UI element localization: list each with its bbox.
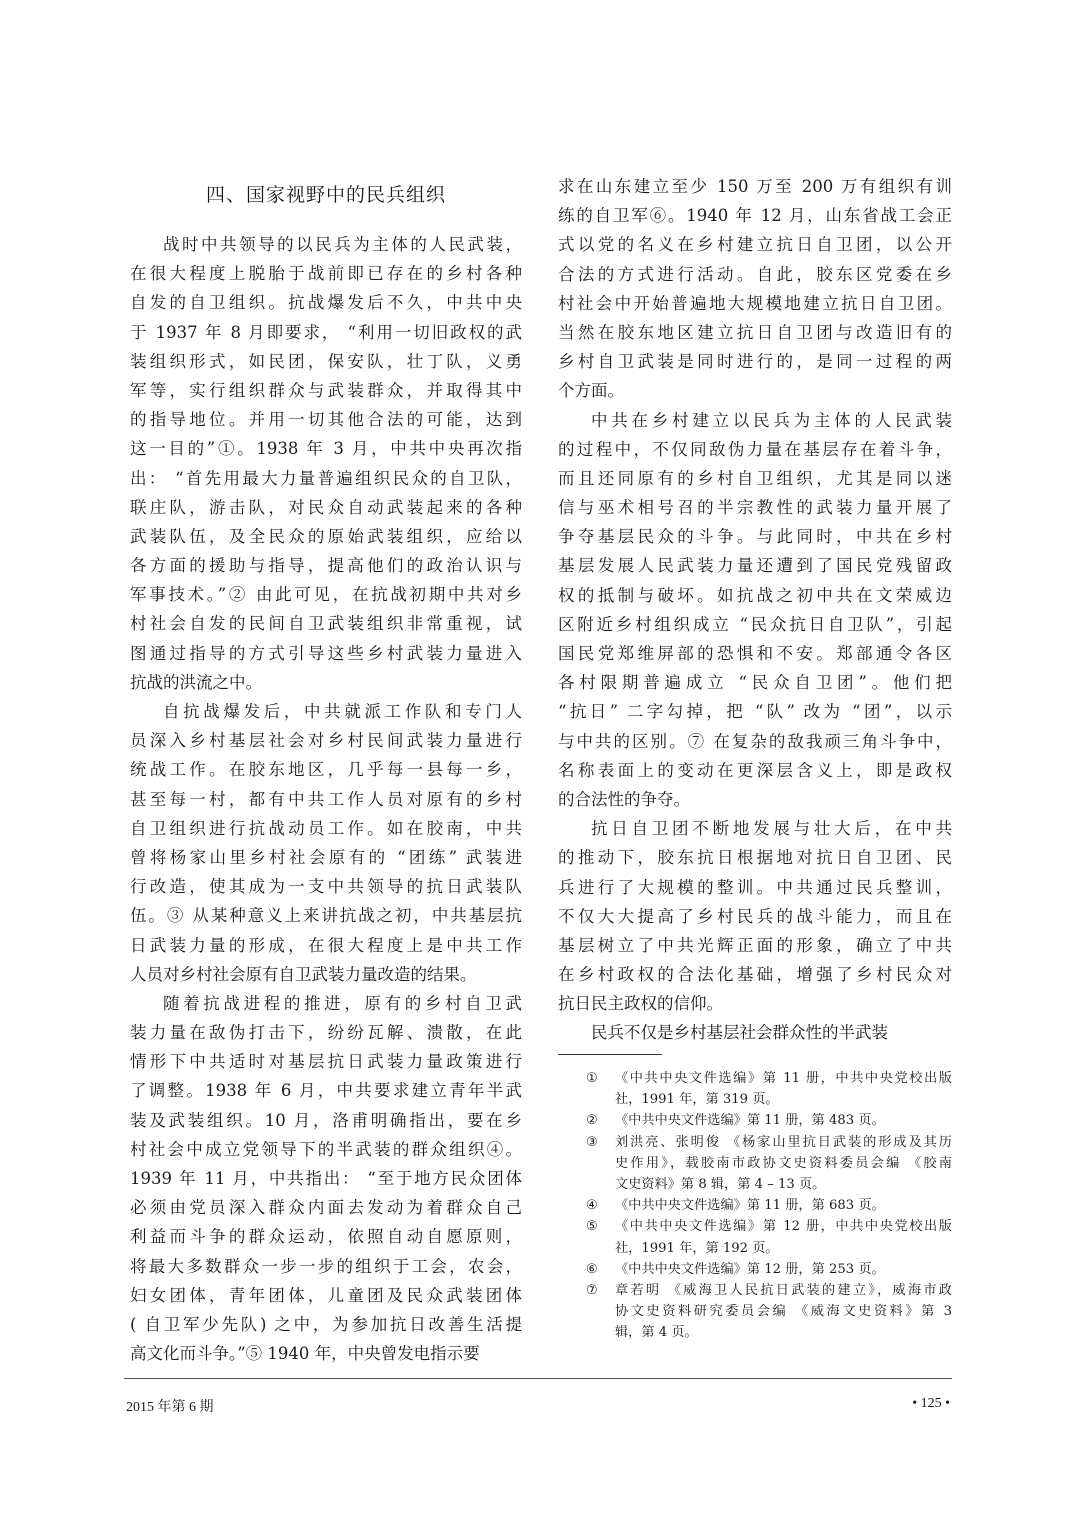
footnote-number: ② <box>586 1110 598 1131</box>
text-line: 在很大程度上脱胎于战前即已存在的乡村各种 <box>130 259 522 288</box>
text-line: 练的自卫军⑥。1940 年 12 月，山东省战工会正 <box>558 201 952 230</box>
left-body-text: 战时中共领导的以民兵为主体的人民武装，在很大程度上脱胎于战前即已存在的乡村各种自… <box>130 230 522 1368</box>
footnote-text: 辑，第 4 页。 <box>615 1322 952 1343</box>
footnote: ③刘洪亮、张明俊 《杨家山里抗日武装的形成及其历史作用》，载胶南市政协文史资料委… <box>586 1132 952 1196</box>
text-line: 联庄队，游击队，对民众自动武装起来的各种 <box>130 493 522 522</box>
paragraph: 中共在乡村建立以民兵为主体的人民武装的过程中，不仅同敌伪力量在基层存在着斗争，而… <box>558 406 952 815</box>
text-line: 自卫组织进行抗战动员工作。如在胶南，中共 <box>130 814 522 843</box>
text-line: 自发的自卫组织。抗战爆发后不久，中共中央 <box>130 288 522 317</box>
footnote-number: ⑤ <box>586 1216 598 1237</box>
footer-divider <box>124 1378 952 1379</box>
text-line: 抗日民主政权的信仰。 <box>558 989 952 1018</box>
text-line: 个方面。 <box>558 376 952 405</box>
text-line: ( 自卫军少先队) 之中，为参加抗日改善生活提 <box>130 1310 522 1339</box>
text-line: 情形下中共适时对基层抗日武装力量政策进行 <box>130 1047 522 1076</box>
text-line: 必须由党员深入群众内面去发动为着群众自己 <box>130 1193 522 1222</box>
text-line: 随着抗战进程的推进，原有的乡村自卫武 <box>130 989 522 1018</box>
text-line: 装力量在敌伪打击下，纷纷瓦解、溃散，在此 <box>130 1018 522 1047</box>
page-number: • 125 • <box>912 1396 950 1412</box>
paragraph: 自抗战爆发后，中共就派工作队和专门人员深入乡村基层社会对乡村民间武装力量进行统战… <box>130 697 522 989</box>
text-line: 抗战的洪流之中。 <box>130 668 522 697</box>
footnote-text: 章若明 《威海卫人民抗日武装的建立》，威海市政 <box>615 1280 952 1301</box>
text-line: 武装队伍，及全民众的原始武装组织，应给以 <box>130 522 522 551</box>
text-line: 国民党郑维屏部的恐惧和不安。郑部通令各区 <box>558 639 952 668</box>
text-line: 中共在乡村建立以民兵为主体的人民武装 <box>558 406 952 435</box>
footnote-text: 《中共中央文件选编》第 11 册，第 683 页。 <box>615 1195 952 1216</box>
text-line: 名称表面上的变动在更深层含义上，即是政权 <box>558 756 952 785</box>
text-line: 信与巫术相号召的半宗教性的武装力量开展了 <box>558 493 952 522</box>
text-line: 了调整。1938 年 6 月，中共要求建立青年半武 <box>130 1076 522 1105</box>
text-line: 的过程中，不仅同敌伪力量在基层存在着斗争， <box>558 435 952 464</box>
footnote-text: 史作用》，载胶南市政协文史资料委员会编 《胶南 <box>615 1153 952 1174</box>
footnote-text: 社，1991 年，第 192 页。 <box>615 1238 952 1259</box>
text-line: 的合法性的争夺。 <box>558 785 952 814</box>
right-body-text: 求在山东建立至少 150 万至 200 万有组织有训练的自卫军⑥。1940 年 … <box>558 172 952 1048</box>
footnote-text: 《中共中央文件选编》第 12 册，第 253 页。 <box>615 1259 952 1280</box>
footnote: ④《中共中央文件选编》第 11 册，第 683 页。 <box>586 1195 952 1216</box>
text-line: 兵进行了大规模的整训。中共通过民兵整训， <box>558 873 952 902</box>
footnote-divider <box>558 1054 662 1055</box>
paragraph: 求在山东建立至少 150 万至 200 万有组织有训练的自卫军⑥。1940 年 … <box>558 172 952 406</box>
text-line: 不仅大大提高了乡村民兵的战斗能力，而且在 <box>558 902 952 931</box>
footnote-number: ① <box>586 1068 598 1089</box>
text-line: 在乡村政权的合法化基础，增强了乡村民众对 <box>558 960 952 989</box>
footnote: ⑤《中共中央文件选编》第 12 册，中共中央党校出版社，1991 年，第 192… <box>586 1216 952 1258</box>
text-line: 各方面的援助与指导，提高他们的政治认识与 <box>130 551 522 580</box>
text-line: 争夺基层民众的斗争。与此同时，中共在乡村 <box>558 522 952 551</box>
text-line: 曾将杨家山里乡村社会原有的 “团练” 武装进 <box>130 843 522 872</box>
footnote: ②《中共中央文件选编》第 11 册，第 483 页。 <box>586 1110 952 1131</box>
text-line: 基层树立了中共光辉正面的形象，确立了中共 <box>558 931 952 960</box>
text-line: 装组织形式，如民团，保安队，壮丁队，义勇 <box>130 347 522 376</box>
section-title: 四、国家视野中的民兵组织 <box>130 180 522 210</box>
text-line: 的推动下，胶东抗日根据地对抗日自卫团、民 <box>558 843 952 872</box>
text-line: 村社会中成立党领导下的半武装的群众组织④。 <box>130 1135 522 1164</box>
footnote: ①《中共中央文件选编》第 11 册，中共中央党校出版社，1991 年，第 319… <box>586 1068 952 1110</box>
text-line: 统战工作。在胶东地区，几乎每一县每一乡， <box>130 755 522 784</box>
text-line: 民兵不仅是乡村基层社会群众性的半武装 <box>558 1018 952 1047</box>
footnote-text: 《中共中央文件选编》第 11 册，中共中央党校出版 <box>615 1068 952 1089</box>
text-line: 出： “首先用最大力量普遍组织民众的自卫队， <box>130 464 522 493</box>
footnote-number: ⑦ <box>586 1280 598 1301</box>
text-line: 甚至每一村，都有中共工作人员对原有的乡村 <box>130 785 522 814</box>
text-line: 将最大多数群众一步一步的组织于工会，农会， <box>130 1252 522 1281</box>
text-line: 战时中共领导的以民兵为主体的人民武装， <box>130 230 522 259</box>
footnote-text: 社，1991 年，第 319 页。 <box>615 1089 952 1110</box>
text-line: 员深入乡村基层社会对乡村民间武装力量进行 <box>130 726 522 755</box>
text-line: 与中共的区别。⑦ 在复杂的敌我顽三角斗争中， <box>558 727 952 756</box>
text-line: 行改造，使其成为一支中共领导的抗日武装队 <box>130 872 522 901</box>
text-line: 村社会中开始普遍地大规模地建立抗日自卫团。 <box>558 289 952 318</box>
text-line: 伍。③ 从某种意义上来讲抗战之初，中共基层抗 <box>130 901 522 930</box>
footnote-number: ④ <box>586 1195 598 1216</box>
footnote-number: ③ <box>586 1132 598 1153</box>
text-line: 求在山东建立至少 150 万至 200 万有组织有训 <box>558 172 952 201</box>
text-line: “抗日” 二字勾掉，把 “队” 改为 “团”，以示 <box>558 697 952 726</box>
footnote-text: 协文史资料研究委员会编 《威海文史资料》第 3 <box>615 1301 952 1322</box>
text-line: 基层发展人民武装力量还遭到了国民党残留政 <box>558 551 952 580</box>
text-line: 军事技术。”② 由此可见，在抗战初期中共对乡 <box>130 580 522 609</box>
text-line: 村社会自发的民间自卫武装组织非常重视，试 <box>130 609 522 638</box>
text-line: 1939 年 11 月，中共指出： “至于地方民众团体 <box>130 1164 522 1193</box>
paragraph: 民兵不仅是乡村基层社会群众性的半武装 <box>558 1018 952 1047</box>
text-line: 抗日自卫团不断地发展与壮大后，在中共 <box>558 814 952 843</box>
text-line: 利益而斗争的群众运动，依照自动自愿原则， <box>130 1222 522 1251</box>
footnote-text: 《中共中央文件选编》第 11 册，第 483 页。 <box>615 1110 952 1131</box>
footnote: ⑥《中共中央文件选编》第 12 册，第 253 页。 <box>586 1259 952 1280</box>
footnote-text: 文史资料》第 8 辑，第 4 – 13 页。 <box>615 1174 952 1195</box>
text-line: 妇女团体，青年团体，儿童团及民众武装团体 <box>130 1281 522 1310</box>
text-line: 式以党的名义在乡村建立抗日自卫团，以公开 <box>558 230 952 259</box>
footnote-number: ⑥ <box>586 1259 598 1280</box>
text-line: 乡村自卫武装是同时进行的，是同一过程的两 <box>558 347 952 376</box>
text-line: 当然在胶东地区建立抗日自卫团与改造旧有的 <box>558 318 952 347</box>
text-line: 图通过指导的方式引导这些乡村武装力量进入 <box>130 639 522 668</box>
footnote-text: 《中共中央文件选编》第 12 册，中共中央党校出版 <box>615 1216 952 1237</box>
text-line: 军等，实行组织群众与武装群众，并取得其中 <box>130 376 522 405</box>
text-line: 区附近乡村组织成立 “民众抗日自卫队”，引起 <box>558 610 952 639</box>
text-line: 合法的方式进行活动。自此，胶东区党委在乡 <box>558 260 952 289</box>
footnotes: ①《中共中央文件选编》第 11 册，中共中央党校出版社，1991 年，第 319… <box>586 1068 952 1344</box>
text-line: 各村限期普遍成立 “民众自卫团”。他们把 <box>558 668 952 697</box>
text-line: 而且还同原有的乡村自卫组织，尤其是同以迷 <box>558 464 952 493</box>
text-line: 的指导地位。并用一切其他合法的可能，达到 <box>130 405 522 434</box>
footnote-text: 刘洪亮、张明俊 《杨家山里抗日武装的形成及其历 <box>615 1132 952 1153</box>
text-line: 高文化而斗争。”⑤ 1940 年，中央曾发电指示要 <box>130 1339 522 1368</box>
text-line: 自抗战爆发后，中共就派工作队和专门人 <box>130 697 522 726</box>
paragraph: 抗日自卫团不断地发展与壮大后，在中共的推动下，胶东抗日根据地对抗日自卫团、民兵进… <box>558 814 952 1018</box>
paragraph: 随着抗战进程的推进，原有的乡村自卫武装力量在敌伪打击下，纷纷瓦解、溃散，在此情形… <box>130 989 522 1368</box>
text-line: 于 1937 年 8 月即要求， “利用一切旧政权的武 <box>130 318 522 347</box>
footnote: ⑦章若明 《威海卫人民抗日武装的建立》，威海市政协文史资料研究委员会编 《威海文… <box>586 1280 952 1344</box>
text-line: 权的抵制与破坏。如抗战之初中共在文荣威边 <box>558 581 952 610</box>
journal-issue: 2015 年第 6 期 <box>126 1396 214 1416</box>
text-line: 这一目的”①。1938 年 3 月，中共中央再次指 <box>130 434 522 463</box>
paragraph: 战时中共领导的以民兵为主体的人民武装，在很大程度上脱胎于战前即已存在的乡村各种自… <box>130 230 522 697</box>
text-line: 日武装力量的形成，在很大程度上是中共工作 <box>130 931 522 960</box>
text-line: 人员对乡村社会原有自卫武装力量改造的结果。 <box>130 960 522 989</box>
text-line: 装及武装组织。10 月，洛甫明确指出，要在乡 <box>130 1106 522 1135</box>
